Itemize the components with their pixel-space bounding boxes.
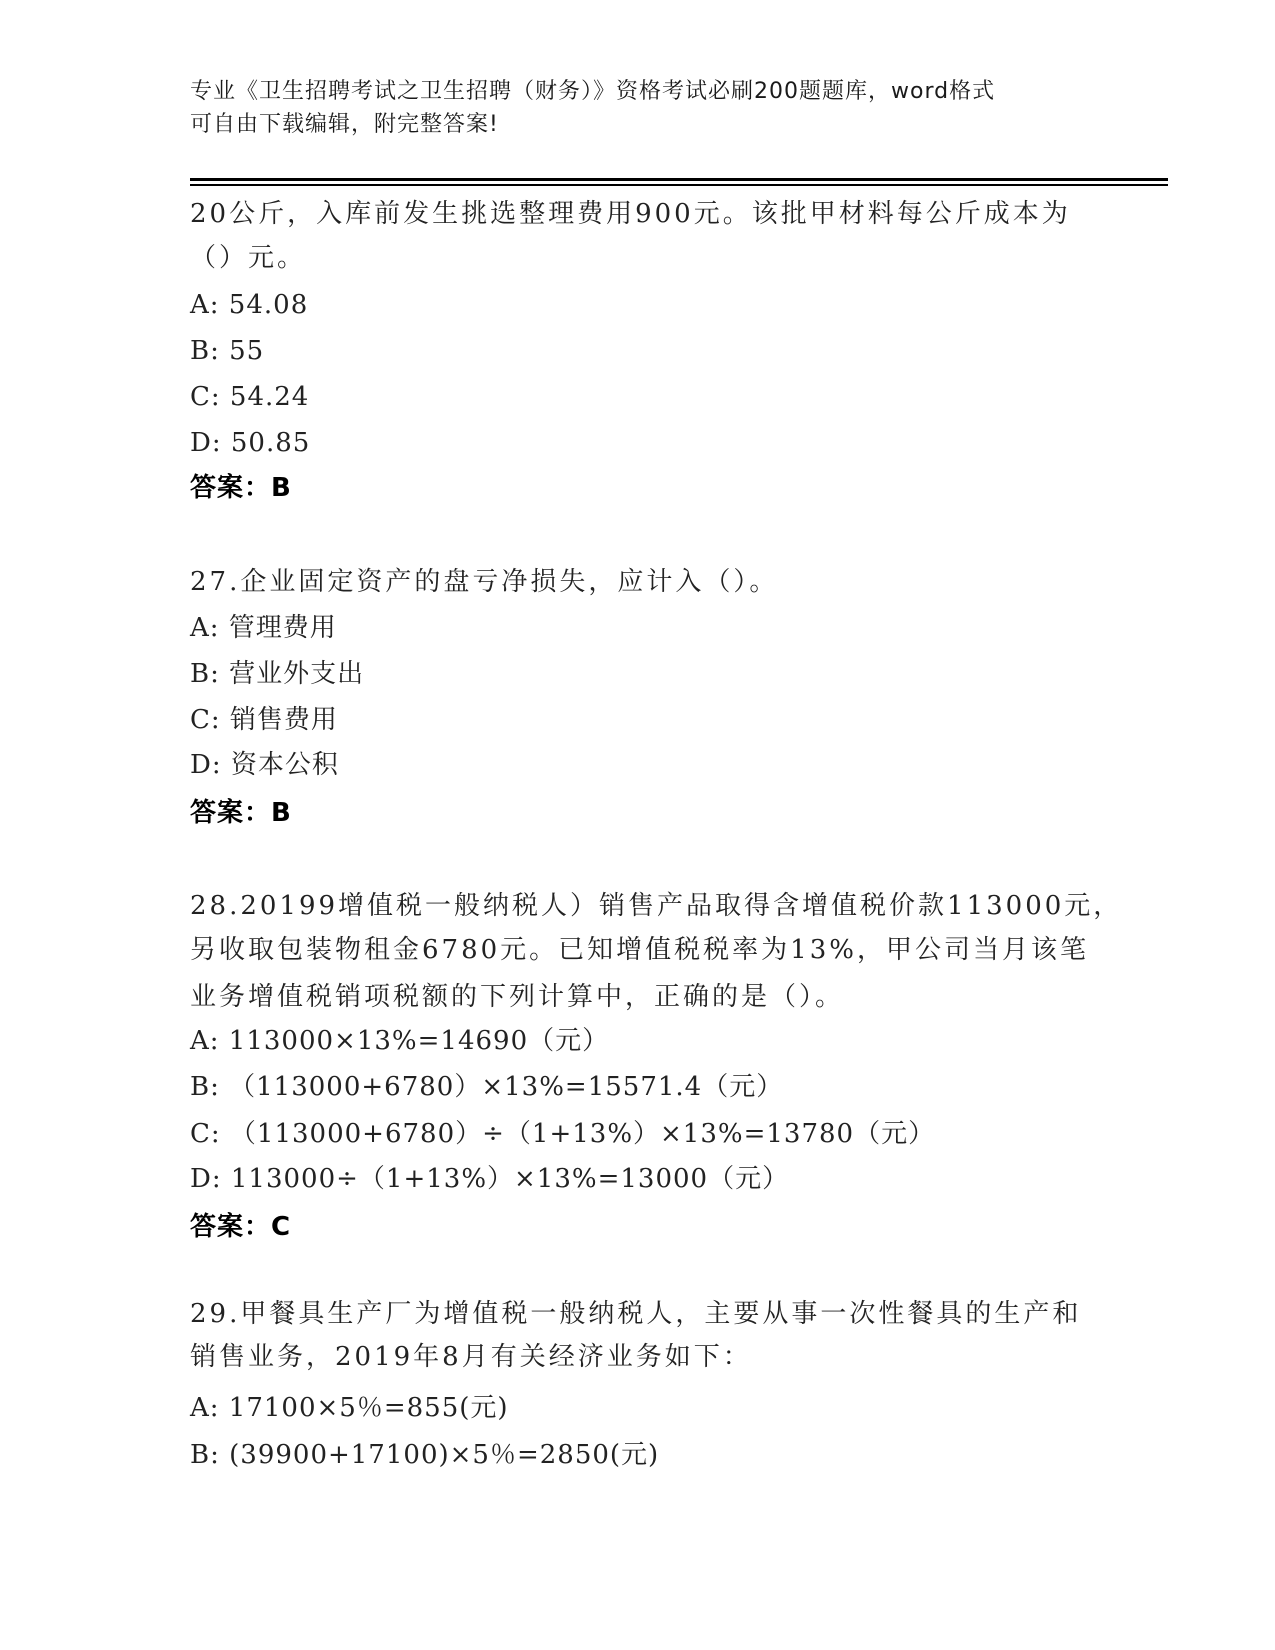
q28-option-b: B: （113000+6780）×13%=15571.4（元）	[190, 1074, 783, 1100]
document-page: 专业《卫生招聘考试之卫生招聘（财务）》资格考试必刷200题题库，word格式 可…	[0, 0, 1275, 1650]
q28-option-a: A: 113000×13%=14690（元）	[190, 1028, 609, 1054]
header-title-line-1: 专业《卫生招聘考试之卫生招聘（财务）》资格考试必刷200题题库，word格式	[190, 81, 995, 103]
q29-stem-line-1: 29.甲餐具生产厂为增值税一般纳税人，主要从事一次性餐具的生产和	[190, 1301, 1081, 1327]
q28-stem-line-2: 另收取包装物租金6780元。已知增值税税率为13%，甲公司当月该笔	[190, 937, 1089, 963]
q26-option-d: D: 50.85	[190, 430, 310, 456]
q27-option-b: B: 营业外支出	[190, 661, 364, 687]
q26-stem-line-1: 20公斤，入库前发生挑选整理费用900元。该批甲材料每公斤成本为	[190, 201, 1071, 227]
q28-stem-line-3: 业务增值税销项税额的下列计算中，正确的是（）。	[190, 984, 844, 1010]
q27-option-a: A: 管理费用	[190, 615, 337, 641]
q27-stem: 27.企业固定资产的盘亏净损失，应计入（）。	[190, 569, 778, 595]
q28-answer: 答案：C	[190, 1214, 291, 1240]
q27-option-c: C: 销售费用	[190, 707, 338, 733]
q26-stem-line-2: （）元。	[190, 245, 306, 271]
q28-option-d: D: 113000÷（1+13%）×13%=13000（元）	[190, 1166, 789, 1192]
q29-stem-line-2: 销售业务，2019年8月有关经济业务如下：	[190, 1344, 752, 1370]
q26-answer: 答案：B	[190, 475, 292, 501]
q26-option-b: B: 55	[190, 338, 264, 364]
q29-option-b: B: (39900+17100)×5％=2850(元)	[190, 1442, 659, 1468]
header-rule-top	[190, 178, 1168, 181]
q28-stem-line-1: 28.20199增值税一般纳税人）销售产品取得含增值税价款113000元，	[190, 893, 1122, 919]
q26-option-c: C: 54.24	[190, 384, 309, 410]
q26-option-a: A: 54.08	[190, 292, 308, 318]
q28-option-c: C: （113000+6780）÷（1+13%）×13%=13780（元）	[190, 1121, 935, 1147]
header-title-line-2: 可自由下载编辑，附完整答案!	[190, 114, 499, 136]
q29-option-a: A: 17100×5％=855(元)	[190, 1395, 509, 1421]
q27-answer: 答案：B	[190, 800, 292, 826]
header-rule-bottom	[190, 184, 1168, 186]
q27-option-d: D: 资本公积	[190, 752, 339, 778]
